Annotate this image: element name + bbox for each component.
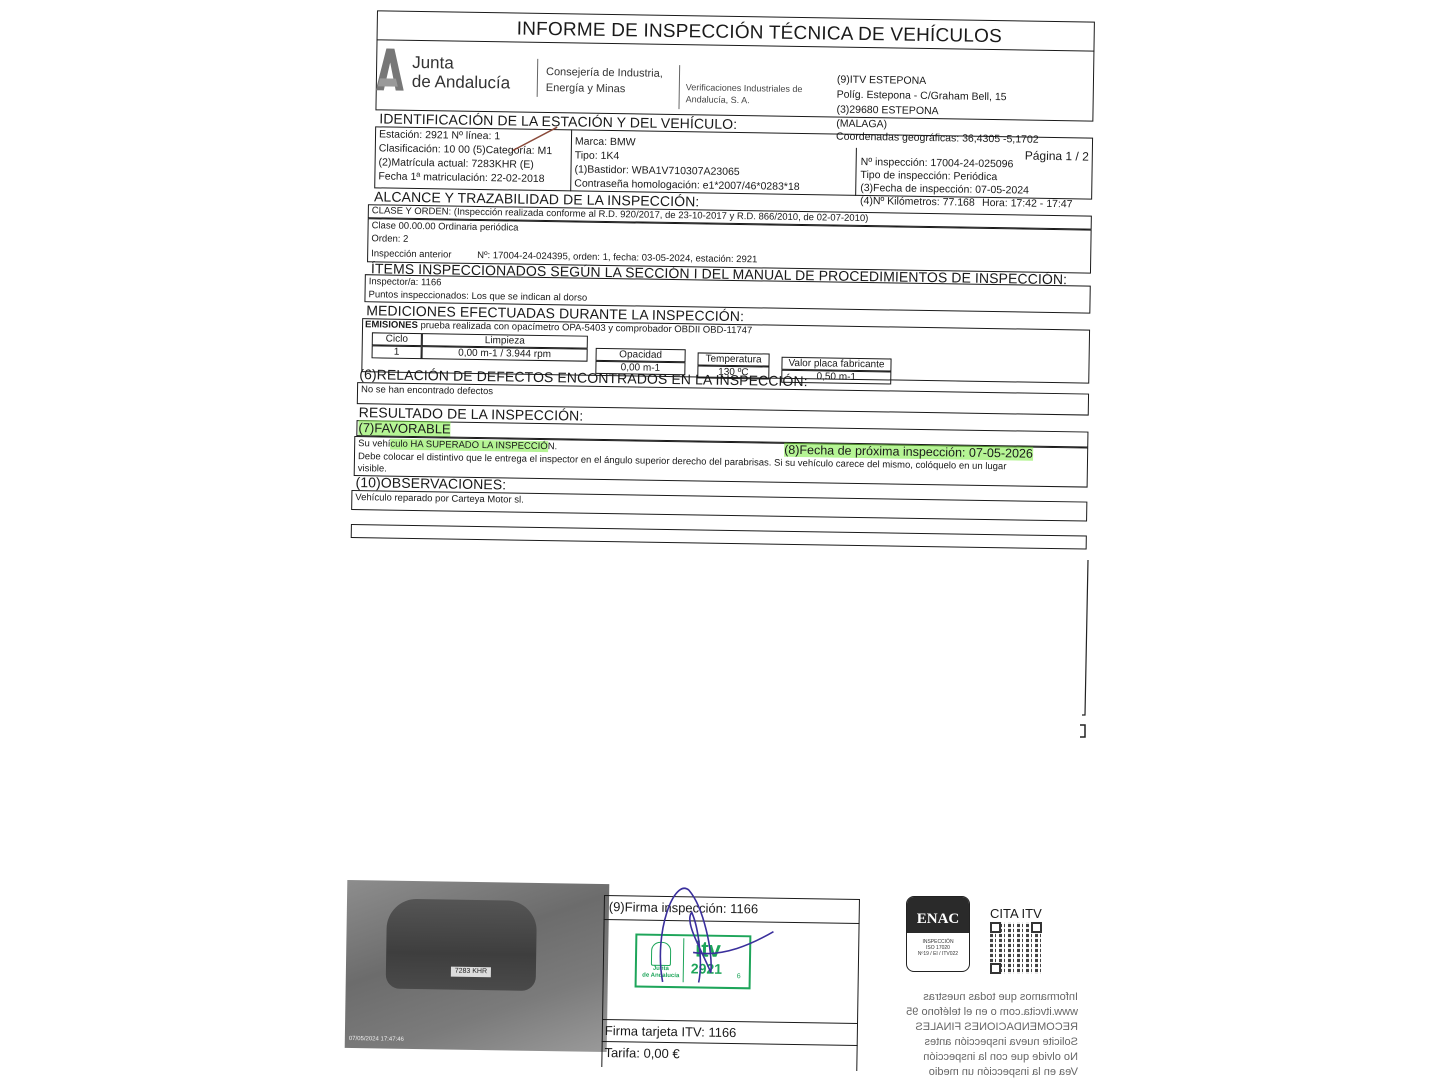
tipo: Tipo: 1K4	[575, 149, 620, 162]
page-number: Página 1 / 2	[1025, 149, 1089, 164]
temperatura-header: Temperatura	[697, 352, 769, 366]
empty-box	[351, 524, 1087, 550]
cita-itv-label: CITA ITV	[990, 906, 1042, 921]
superado-suffix: N.	[548, 441, 558, 452]
handwritten-signature-icon	[642, 882, 784, 994]
enac-details: INSPECCIÓN ISO 17020 Nº19 / EI / ITV022	[907, 933, 969, 957]
ciclo-value: 1	[372, 345, 422, 359]
qr-code-icon[interactable]	[990, 922, 1042, 974]
station-name: (9)ITV ESTEPONA	[837, 74, 926, 87]
logo-text-junta: Junta	[412, 53, 454, 73]
verdict-favorable: (7)FAVORABLE	[358, 420, 450, 436]
vi-line2: Andalucía, S. A.	[686, 93, 750, 106]
ciclo-header: Ciclo	[372, 332, 422, 346]
junta-andalucia-logo-icon	[376, 48, 405, 90]
inspeccion-anterior-label: Inspección anterior	[371, 248, 451, 260]
bleed-through-text: Informamos que todas nuestras www.itvcit…	[878, 990, 1078, 1080]
estacion-linea: Estación: 2921 Nº línea: 1	[379, 128, 500, 142]
station-province: (MALAGA)	[836, 118, 887, 131]
inspector: Inspector/a: 1166	[369, 276, 442, 288]
logo-text-andalucia: de Andalucía	[412, 72, 511, 93]
resultado-verdict: (7)FAVORABLE	[358, 420, 450, 436]
kilometros: (4)Nº Kilómetros: 77.168	[860, 195, 975, 209]
limpieza-value: 0,00 m-1 / 3.944 rpm	[422, 346, 588, 362]
enac-label: ENAC	[907, 897, 969, 933]
orden: Orden: 2	[371, 233, 408, 245]
numero-inspeccion: Nº inspección: 17004-24-025096	[861, 156, 1014, 170]
license-plate: 7283 KHR	[451, 967, 491, 978]
enac-badge: ENAC INSPECCIÓN ISO 17020 Nº19 / EI / IT…	[906, 896, 970, 972]
photo-timestamp: 07/05/2024 17:47:46	[349, 1036, 404, 1043]
consejeria-line1: Consejería de Industria,	[546, 65, 663, 82]
tarifa: Tarifa: 0,00 €	[604, 1045, 679, 1061]
pen-mark-icon	[511, 122, 561, 153]
marca: Marca: BMW	[575, 135, 636, 148]
clase: Clase 00.00.00 Ordinaria periódica	[372, 220, 519, 233]
emisiones-label: EMISIONES	[365, 319, 418, 331]
matricula: (2)Matrícula actual: 7283KHR (E)	[379, 156, 534, 170]
distintivo-text-2: visible.	[358, 463, 387, 474]
hora: Hora: 17:42 - 17:47	[982, 197, 1073, 210]
car-image	[386, 899, 537, 991]
firma-tarjeta: Firma tarjeta ITV: 1166	[605, 1023, 737, 1040]
consejeria-line2: Energía y Minas	[546, 81, 626, 97]
scanned-document: INFORME DE INSPECCIÓN TÉCNICA DE VEHÍCUL…	[0, 0, 1440, 1080]
bastidor: (1)Bastidor: WBA1V710307A23065	[574, 163, 739, 178]
signature-panel: (9)Firma inspección: 1166 Juntade Andalu…	[601, 895, 864, 1069]
station-city: (3)29680 ESTEPONA	[836, 104, 938, 118]
tipo-inspeccion: Tipo de inspección: Periódica	[860, 169, 997, 183]
inspection-report-sheet: INFORME DE INSPECCIÓN TÉCNICA DE VEHÍCUL…	[346, 10, 1095, 582]
scan-edge-line	[1076, 560, 1096, 740]
superado-prefix: Su vehí	[358, 438, 390, 450]
vehicle-photo: 7283 KHR 07/05/2024 17:47:46	[345, 880, 610, 1052]
defectos-text: No se han encontrado defectos	[361, 384, 493, 397]
